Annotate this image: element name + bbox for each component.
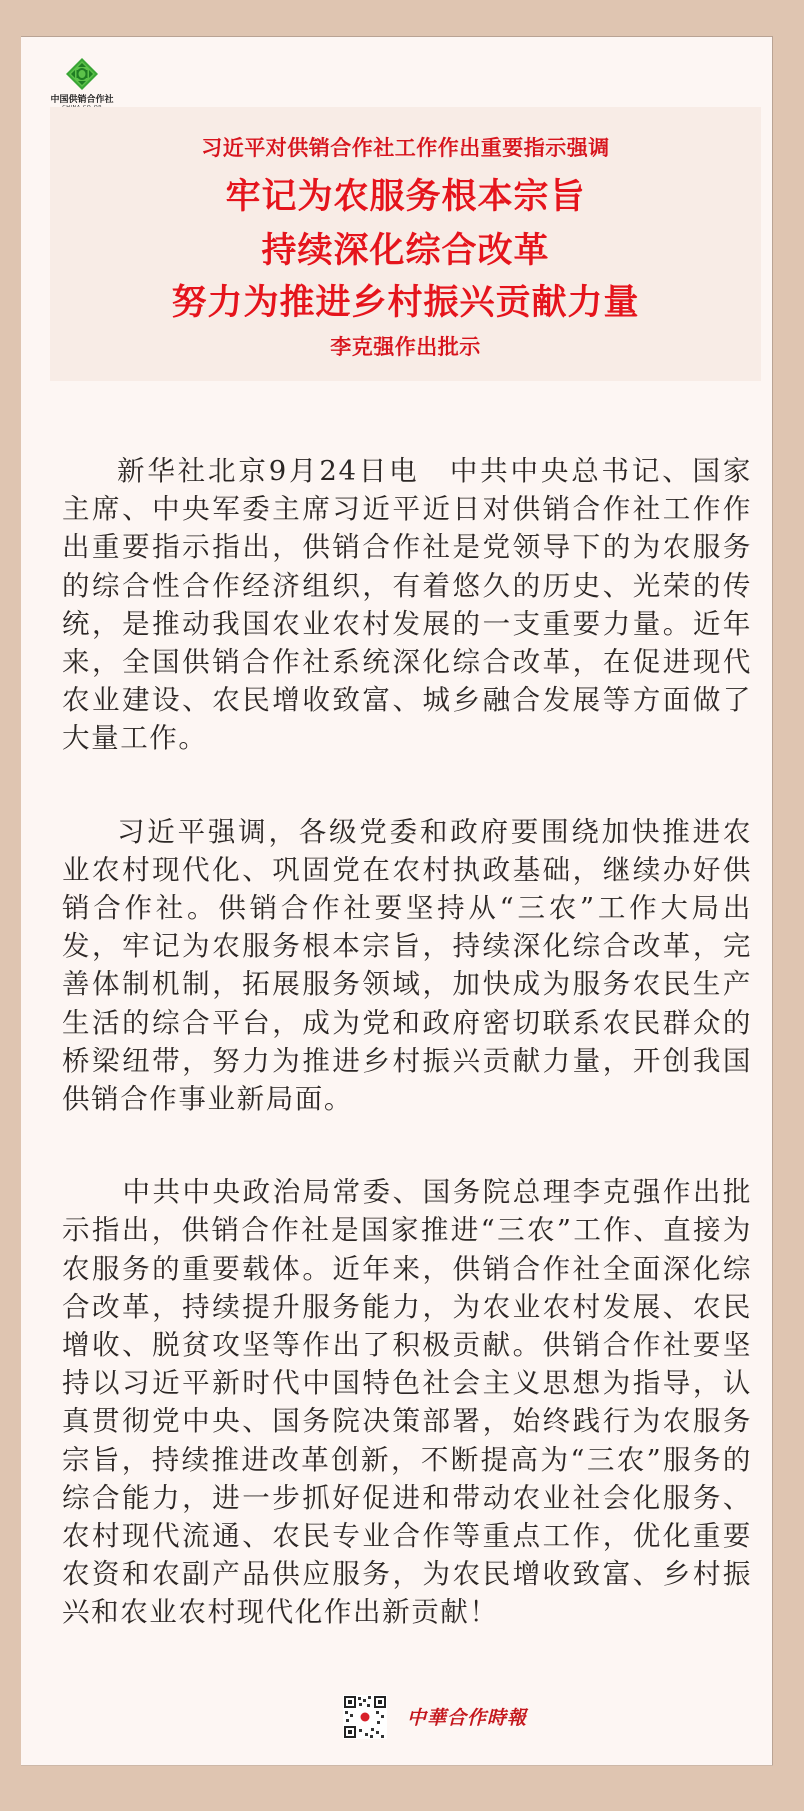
brand-logo: 中国供销合作社 CHINA CO-OP — [47, 57, 117, 111]
headline-kicker: 习近平对供销合作社工作作出重要指示强调 — [50, 132, 761, 162]
logo-name-cn: 中国供销合作社 — [47, 92, 117, 105]
article-body: 新华社北京9月24日电 中共中央总书记、国家主席、中央军委主席习近平近日对供销合… — [62, 452, 752, 1687]
headline-line-1: 牢记为农服务根本宗旨 — [50, 169, 761, 219]
poster-card: 中国供销合作社 CHINA CO-OP 习近平对供销合作社工作作出重要指示强调 … — [21, 36, 773, 1765]
qr-code-icon[interactable] — [343, 1695, 387, 1739]
footer: 中華合作時報 — [21, 1695, 772, 1745]
article-paragraph: 中共中央政治局常委、国务院总理李克强作出批示指出，供销合作社是国家推进“三农”工… — [62, 1173, 752, 1631]
article-paragraph: 习近平强调，各级党委和政府要围绕加快推进农业农村现代化、巩固党在农村执政基础，继… — [62, 813, 752, 1119]
article-paragraph: 新华社北京9月24日电 中共中央总书记、国家主席、中央军委主席习近平近日对供销合… — [62, 452, 752, 758]
newspaper-name: 中華合作時報 — [407, 1703, 527, 1730]
headline-sub: 李克强作出批示 — [50, 331, 761, 361]
headline-line-2: 持续深化综合改革 — [50, 223, 761, 273]
china-coop-logo-icon — [65, 57, 99, 91]
headline-box: 习近平对供销合作社工作作出重要指示强调 牢记为农服务根本宗旨 持续深化综合改革 … — [50, 107, 761, 381]
headline-line-3: 努力为推进乡村振兴贡献力量 — [50, 275, 761, 325]
